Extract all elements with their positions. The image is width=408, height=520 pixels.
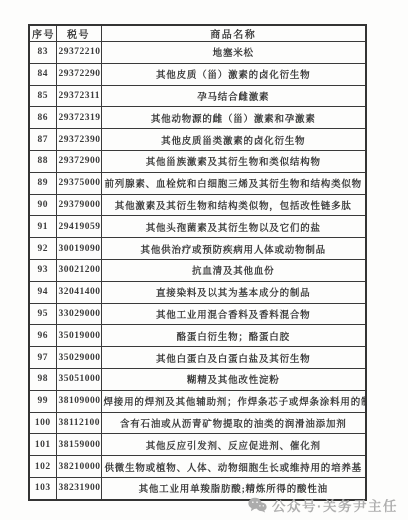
cell-product-name: 其他动物源的雌（甾）激素和孕激素 [101, 107, 366, 129]
cell-tax-code: 29419059 [56, 216, 101, 238]
cell-serial: 91 [29, 216, 56, 238]
table-row: 9635019000酪蛋白衍生物；酪蛋白胶 [29, 325, 366, 347]
cell-tax-code: 35029000 [56, 347, 101, 369]
table-row: 8529372311孕马结合雌激素 [29, 85, 366, 107]
cell-tax-code: 29379000 [56, 194, 101, 216]
cell-tax-code: 38210000 [56, 456, 101, 478]
cell-tax-code: 33029000 [56, 303, 101, 325]
table-row: 10238210000供微生物或植物、人体、动物细胞生长或维持用的培养基 [29, 456, 366, 478]
cell-product-name: 前列腺素、血栓烷和白细胞三烯及其衍生物和结构类似物 [101, 172, 366, 194]
cell-tax-code: 35051000 [56, 368, 101, 390]
table-row: 9735029000其他白蛋白及白蛋白盐及其衍生物 [29, 347, 366, 369]
table-row: 8929375000前列腺素、血栓烷和白细胞三烯及其衍生物和结构类似物 [29, 172, 366, 194]
cell-product-name: 其他皮质（甾）激素的卤化衍生物 [101, 63, 366, 85]
cell-serial: 84 [29, 63, 56, 85]
cell-tax-code: 29372900 [56, 150, 101, 172]
table-row: 9129419059其他头孢菌素及其衍生物以及它们的盐 [29, 216, 366, 238]
watermark: 公众号·关务尹主任 [248, 495, 398, 515]
cell-product-name: 抗血清及其他血份 [101, 259, 366, 281]
cell-product-name: 地塞米松 [101, 42, 366, 64]
table-row: 9938109000焊接用的焊剂及其他辅助剂；作焊条芯子或焊条涂料用的制品 [29, 390, 366, 412]
table-row: 9029379000其他激素及其衍生物和结构类似物，包括改性链多肽 [29, 194, 366, 216]
cell-serial: 100 [29, 412, 56, 434]
cell-product-name: 其他皮质甾类激素的卤化衍生物 [101, 129, 366, 151]
cell-serial: 90 [29, 194, 56, 216]
cell-serial: 101 [29, 434, 56, 456]
cell-tax-code: 29372319 [56, 107, 101, 129]
table-header-row: 序号 税号 商品名称 [29, 25, 366, 42]
cell-tax-code: 29372390 [56, 129, 101, 151]
cell-serial: 83 [29, 42, 56, 64]
cell-tax-code: 29372290 [56, 63, 101, 85]
cell-product-name: 其他甾族激素及其衍生物和类似结构物 [101, 150, 366, 172]
cell-tax-code: 30021200 [56, 259, 101, 281]
cell-serial: 96 [29, 325, 56, 347]
table-row: 9432041400直接染料及以其为基本成分的制品 [29, 281, 366, 303]
cell-tax-code: 29375000 [56, 172, 101, 194]
cell-product-name: 其他激素及其衍生物和结构类似物，包括改性链多肽 [101, 194, 366, 216]
table-row: 8829372900其他甾族激素及其衍生物和类似结构物 [29, 150, 366, 172]
cell-tax-code: 29372210 [56, 42, 101, 64]
cell-product-name: 孕马结合雌激素 [101, 85, 366, 107]
table-row: 8329372210地塞米松 [29, 42, 366, 64]
cell-serial: 93 [29, 259, 56, 281]
cell-serial: 92 [29, 238, 56, 260]
tariff-table: 序号 税号 商品名称 8329372210地塞米松8429372290其他皮质（… [28, 24, 367, 501]
cell-serial: 95 [29, 303, 56, 325]
cell-serial: 87 [29, 129, 56, 151]
cell-tax-code: 38109000 [56, 390, 101, 412]
table-row: 8629372319其他动物源的雌（甾）激素和孕激素 [29, 107, 366, 129]
col-header-serial: 序号 [29, 25, 56, 42]
cell-serial: 97 [29, 347, 56, 369]
document-page: 序号 税号 商品名称 8329372210地塞米松8429372290其他皮质（… [0, 0, 408, 520]
cell-product-name: 焊接用的焊剂及其他辅助剂；作焊条芯子或焊条涂料用的制品 [101, 390, 366, 412]
cell-product-name: 其他供治疗或预防疾病用人体或动物制品 [101, 238, 366, 260]
cell-serial: 88 [29, 150, 56, 172]
cell-serial: 99 [29, 390, 56, 412]
tariff-table-body: 8329372210地塞米松8429372290其他皮质（甾）激素的卤化衍生物8… [29, 42, 366, 501]
cell-product-name: 酪蛋白衍生物；酪蛋白胶 [101, 325, 366, 347]
cell-serial: 86 [29, 107, 56, 129]
cell-tax-code: 38159000 [56, 434, 101, 456]
table-row: 10138159000其他反应引发剂、反应促进剂、催化剂 [29, 434, 366, 456]
cell-tax-code: 32041400 [56, 281, 101, 303]
cell-tax-code: 38112100 [56, 412, 101, 434]
col-header-tax-code: 税号 [56, 25, 101, 42]
table-row: 9230019090其他供治疗或预防疾病用人体或动物制品 [29, 238, 366, 260]
cell-tax-code: 29372311 [56, 85, 101, 107]
cell-product-name: 其他白蛋白及白蛋白盐及其衍生物 [101, 347, 366, 369]
cell-serial: 102 [29, 456, 56, 478]
cell-product-name: 其他工业用混合香料及香料混合物 [101, 303, 366, 325]
wechat-official-account-icon [248, 497, 267, 513]
cell-tax-code: 30019090 [56, 238, 101, 260]
cell-serial: 85 [29, 85, 56, 107]
col-header-product-name: 商品名称 [101, 25, 366, 42]
cell-product-name: 供微生物或植物、人体、动物细胞生长或维持用的培养基 [101, 456, 366, 478]
table-row: 8429372290其他皮质（甾）激素的卤化衍生物 [29, 63, 366, 85]
cell-serial: 98 [29, 368, 56, 390]
cell-product-name: 含有石油或从沥青矿物提取的油类的润滑油添加剂 [101, 412, 366, 434]
watermark-text: 公众号·关务尹主任 [272, 495, 398, 515]
table-row: 9835051000糊精及其他改性淀粉 [29, 368, 366, 390]
cell-product-name: 其他头孢菌素及其衍生物以及它们的盐 [101, 216, 366, 238]
cell-tax-code: 38231900 [56, 477, 101, 500]
cell-serial: 89 [29, 172, 56, 194]
cell-tax-code: 35019000 [56, 325, 101, 347]
cell-product-name: 其他反应引发剂、反应促进剂、催化剂 [101, 434, 366, 456]
table-row: 10038112100含有石油或从沥青矿物提取的油类的润滑油添加剂 [29, 412, 366, 434]
table-row: 9330021200抗血清及其他血份 [29, 259, 366, 281]
table-row: 9533029000其他工业用混合香料及香料混合物 [29, 303, 366, 325]
cell-serial: 94 [29, 281, 56, 303]
cell-product-name: 糊精及其他改性淀粉 [101, 368, 366, 390]
cell-product-name: 直接染料及以其为基本成分的制品 [101, 281, 366, 303]
cell-serial: 103 [29, 477, 56, 500]
table-row: 8729372390其他皮质甾类激素的卤化衍生物 [29, 129, 366, 151]
